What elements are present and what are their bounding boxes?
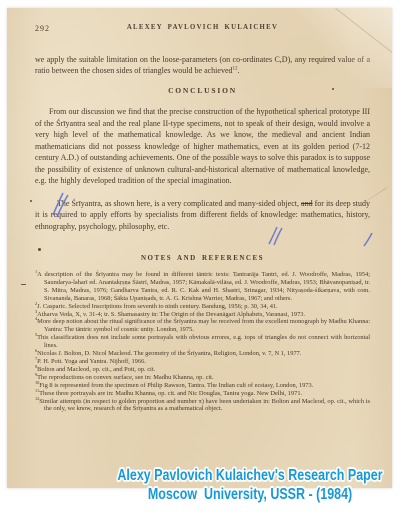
footnote-item: 9The reproductions on convex surface, se…	[35, 374, 370, 382]
footnote-item: 8Bolton and Macleod, op. cit., and Pott,…	[35, 366, 370, 374]
footnote-item: 1A description of the Śrīyantra may be f…	[35, 271, 370, 303]
footnote-item: 4More deep notion about the ritual signi…	[35, 318, 370, 334]
footnote-text: P. H. Pott. Yoga and Yantra. Nijhoff, 19…	[37, 358, 146, 365]
page-crease-highlight	[262, 8, 392, 88]
footnotes-list: 1A description of the Śrīyantra may be f…	[35, 271, 370, 413]
footnote-text: The reproductions on convex surface, see…	[37, 374, 213, 381]
footnote-text: Similar attempts (in respect to golden p…	[39, 398, 370, 413]
pen-slash-mark	[362, 232, 374, 252]
struck-out-word: and	[301, 199, 313, 208]
ink-speck	[332, 88, 334, 90]
footnote-text: These three portrayals are in: Madhu Kha…	[39, 390, 302, 397]
ink-speck	[38, 248, 41, 251]
notes-heading: NOTES AND REFERENCES	[35, 254, 370, 262]
running-header: ALEXEY PAVLOVICH KULAICHEV	[35, 24, 370, 31]
footnote-item: 7P. H. Pott. Yoga and Yantra. Nijhoff, 1…	[35, 358, 370, 366]
footnote-item: 10Fig 8 is represented from the specimen…	[35, 382, 370, 390]
footnote-text: Nicolas J. Bolton, D. Nicol Macleod. The…	[37, 350, 301, 357]
caption-line-1: Alexy Pavlovich Kulaichev's Research Pap…	[94, 466, 400, 485]
footnote-text: This classification does not include som…	[37, 334, 370, 349]
screenshot-canvas: 292 ALEXEY PAVLOVICH KULAICHEV we apply …	[0, 0, 400, 512]
caption-line-2: Moscow University, USSR - (1984)	[94, 485, 400, 504]
conclusion-paragraph-2: The Śrīyantra, as shown here, is a very …	[35, 198, 370, 233]
footnote-text: Fig 8 is represented from the specimen o…	[39, 382, 313, 389]
footnote-item: 6Nicolas J. Bolton, D. Nicol Macleod. Th…	[35, 350, 370, 358]
footnote-text: Bolton and Macleod, op. cit., and Pott, …	[37, 366, 155, 373]
scanned-page: 292 ALEXEY PAVLOVICH KULAICHEV we apply …	[7, 8, 392, 488]
footnote-text: More deep notion about the ritual signif…	[37, 318, 370, 333]
footnote-item: 5This classification does not include so…	[35, 334, 370, 350]
para2-text-a: The Śrīyantra, as shown here, is a very …	[57, 199, 299, 208]
footnote-item: 12Similar attempts (in respect to golden…	[35, 398, 370, 414]
footnote-text: J. Casparic. Selected Inscriptions from …	[37, 303, 278, 310]
page-header: 292 ALEXEY PAVLOVICH KULAICHEV	[35, 24, 370, 34]
footnote-item: 2J. Casparic. Selected Inscriptions from…	[35, 303, 370, 311]
footnote-item: 11These three portrayals are in: Madhu K…	[35, 390, 370, 398]
footnote-text: A description of the Śrīyantra may be fo…	[37, 271, 370, 302]
margin-dash-mark	[21, 284, 26, 285]
ink-speck	[30, 200, 32, 202]
footnote-text: Atharva Veda, X, v. 31-4; tr. S. Shamasa…	[37, 311, 305, 318]
conclusion-paragraph-1: From our discussion we find that the pre…	[35, 106, 370, 187]
page-number: 292	[35, 24, 50, 33]
intro-period: .	[238, 66, 240, 75]
caption: Alexy Pavlovich Kulaichev's Research Pap…	[50, 466, 400, 504]
